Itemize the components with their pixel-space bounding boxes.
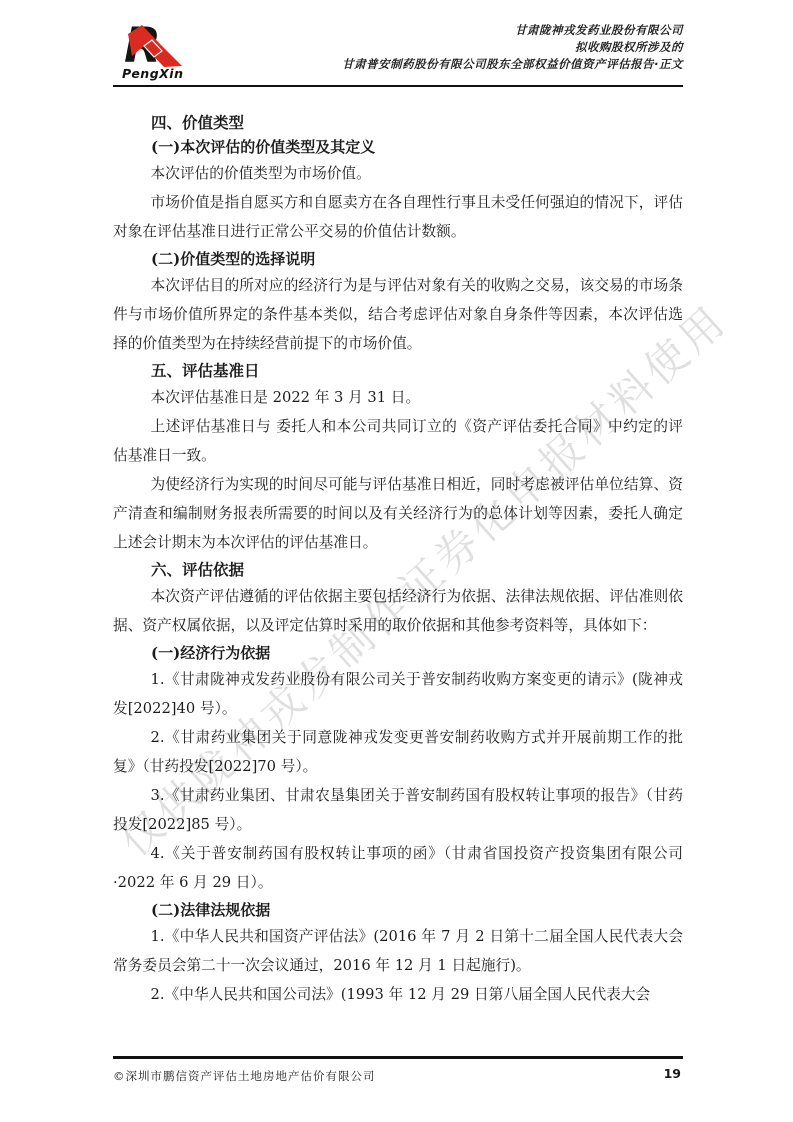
list-item: 3.《甘肃药业集团、甘肃农垦集团关于普安制药国有股权转让事项的报告》（甘药投发[… bbox=[113, 781, 683, 839]
document-body: 四、价值类型 (一)本次评估的价值类型及其定义 本次评估的价值类型为市场价值。 … bbox=[113, 110, 683, 1009]
paragraph: 本次评估的价值类型为市场价值。 bbox=[113, 159, 683, 188]
section-heading-valuation-date: 五、评估基准日 bbox=[113, 360, 683, 382]
list-item: 4.《关于普安制药国有股权转让事项的函》（甘肃省国投资产投资集团有限公司·202… bbox=[113, 839, 683, 897]
paragraph: 本次资产评估遵循的评估依据主要包括经济行为依据、法律法规依据、评估准则依据、资产… bbox=[113, 582, 683, 640]
page-number: 19 bbox=[664, 1066, 681, 1081]
paragraph: 为使经济行为实现的时间尽可能与评估基准日相近，同时考虑被评估单位结算、资产清查和… bbox=[113, 470, 683, 557]
subheading-legal-basis: (二)法律法规依据 bbox=[113, 899, 683, 921]
paragraph: 本次评估基准日是 2022 年 3 月 31 日。 bbox=[113, 383, 683, 412]
report-page: R PengXin 甘肃陇神戎发药业股份有限公司 拟收购股权所涉及的 甘肃普安制… bbox=[0, 0, 793, 1122]
list-item: 1.《甘肃陇神戎发药业股份有限公司关于普安制药收购方案变更的请示》(陇神戎发[2… bbox=[113, 665, 683, 723]
header-line-subject: 拟收购股权所涉及的 bbox=[163, 39, 683, 56]
list-item: 2.《中华人民共和国公司法》(1993 年 12 月 29 日第八届全国人民代表… bbox=[113, 980, 683, 1009]
report-header-titles: 甘肃陇神戎发药业股份有限公司 拟收购股权所涉及的 甘肃普安制药股份有限公司股东全… bbox=[163, 22, 683, 73]
list-item: 1.《中华人民共和国资产评估法》(2016 年 7 月 2 日第十二届全国人民代… bbox=[113, 922, 683, 980]
header-line-company: 甘肃陇神戎发药业股份有限公司 bbox=[163, 22, 683, 39]
subheading-economic-behavior-basis: (一)经济行为依据 bbox=[113, 642, 683, 664]
footer-divider bbox=[113, 1056, 683, 1059]
list-item: 2.《甘肃药业集团关于同意陇神戎发变更普安制药收购方式并开展前期工作的批复》（甘… bbox=[113, 723, 683, 781]
section-heading-valuation-basis: 六、评估依据 bbox=[113, 559, 683, 581]
subheading-value-type-definition: (一)本次评估的价值类型及其定义 bbox=[113, 136, 683, 158]
paragraph: 市场价值是指自愿买方和自愿卖方在各自理性行事且未受任何强迫的情况下，评估对象在评… bbox=[113, 188, 683, 246]
header-line-report-title: 甘肃普安制药股份有限公司股东全部权益价值资产评估报告·正文 bbox=[163, 56, 683, 73]
section-heading-value-type: 四、价值类型 bbox=[113, 112, 683, 134]
subheading-value-type-selection: (二)价值类型的选择说明 bbox=[113, 248, 683, 270]
footer-copyright: ©深圳市鹏信资产评估土地房地产估价有限公司 bbox=[113, 1068, 376, 1084]
paragraph: 上述评估基准日与 委托人和本公司共同订立的《资产评估委托合同》中约定的评估基准日… bbox=[113, 412, 683, 470]
header-divider bbox=[113, 85, 683, 87]
paragraph: 本次评估目的所对应的经济行为是与评估对象有关的收购之交易，该交易的市场条件与市场… bbox=[113, 271, 683, 358]
